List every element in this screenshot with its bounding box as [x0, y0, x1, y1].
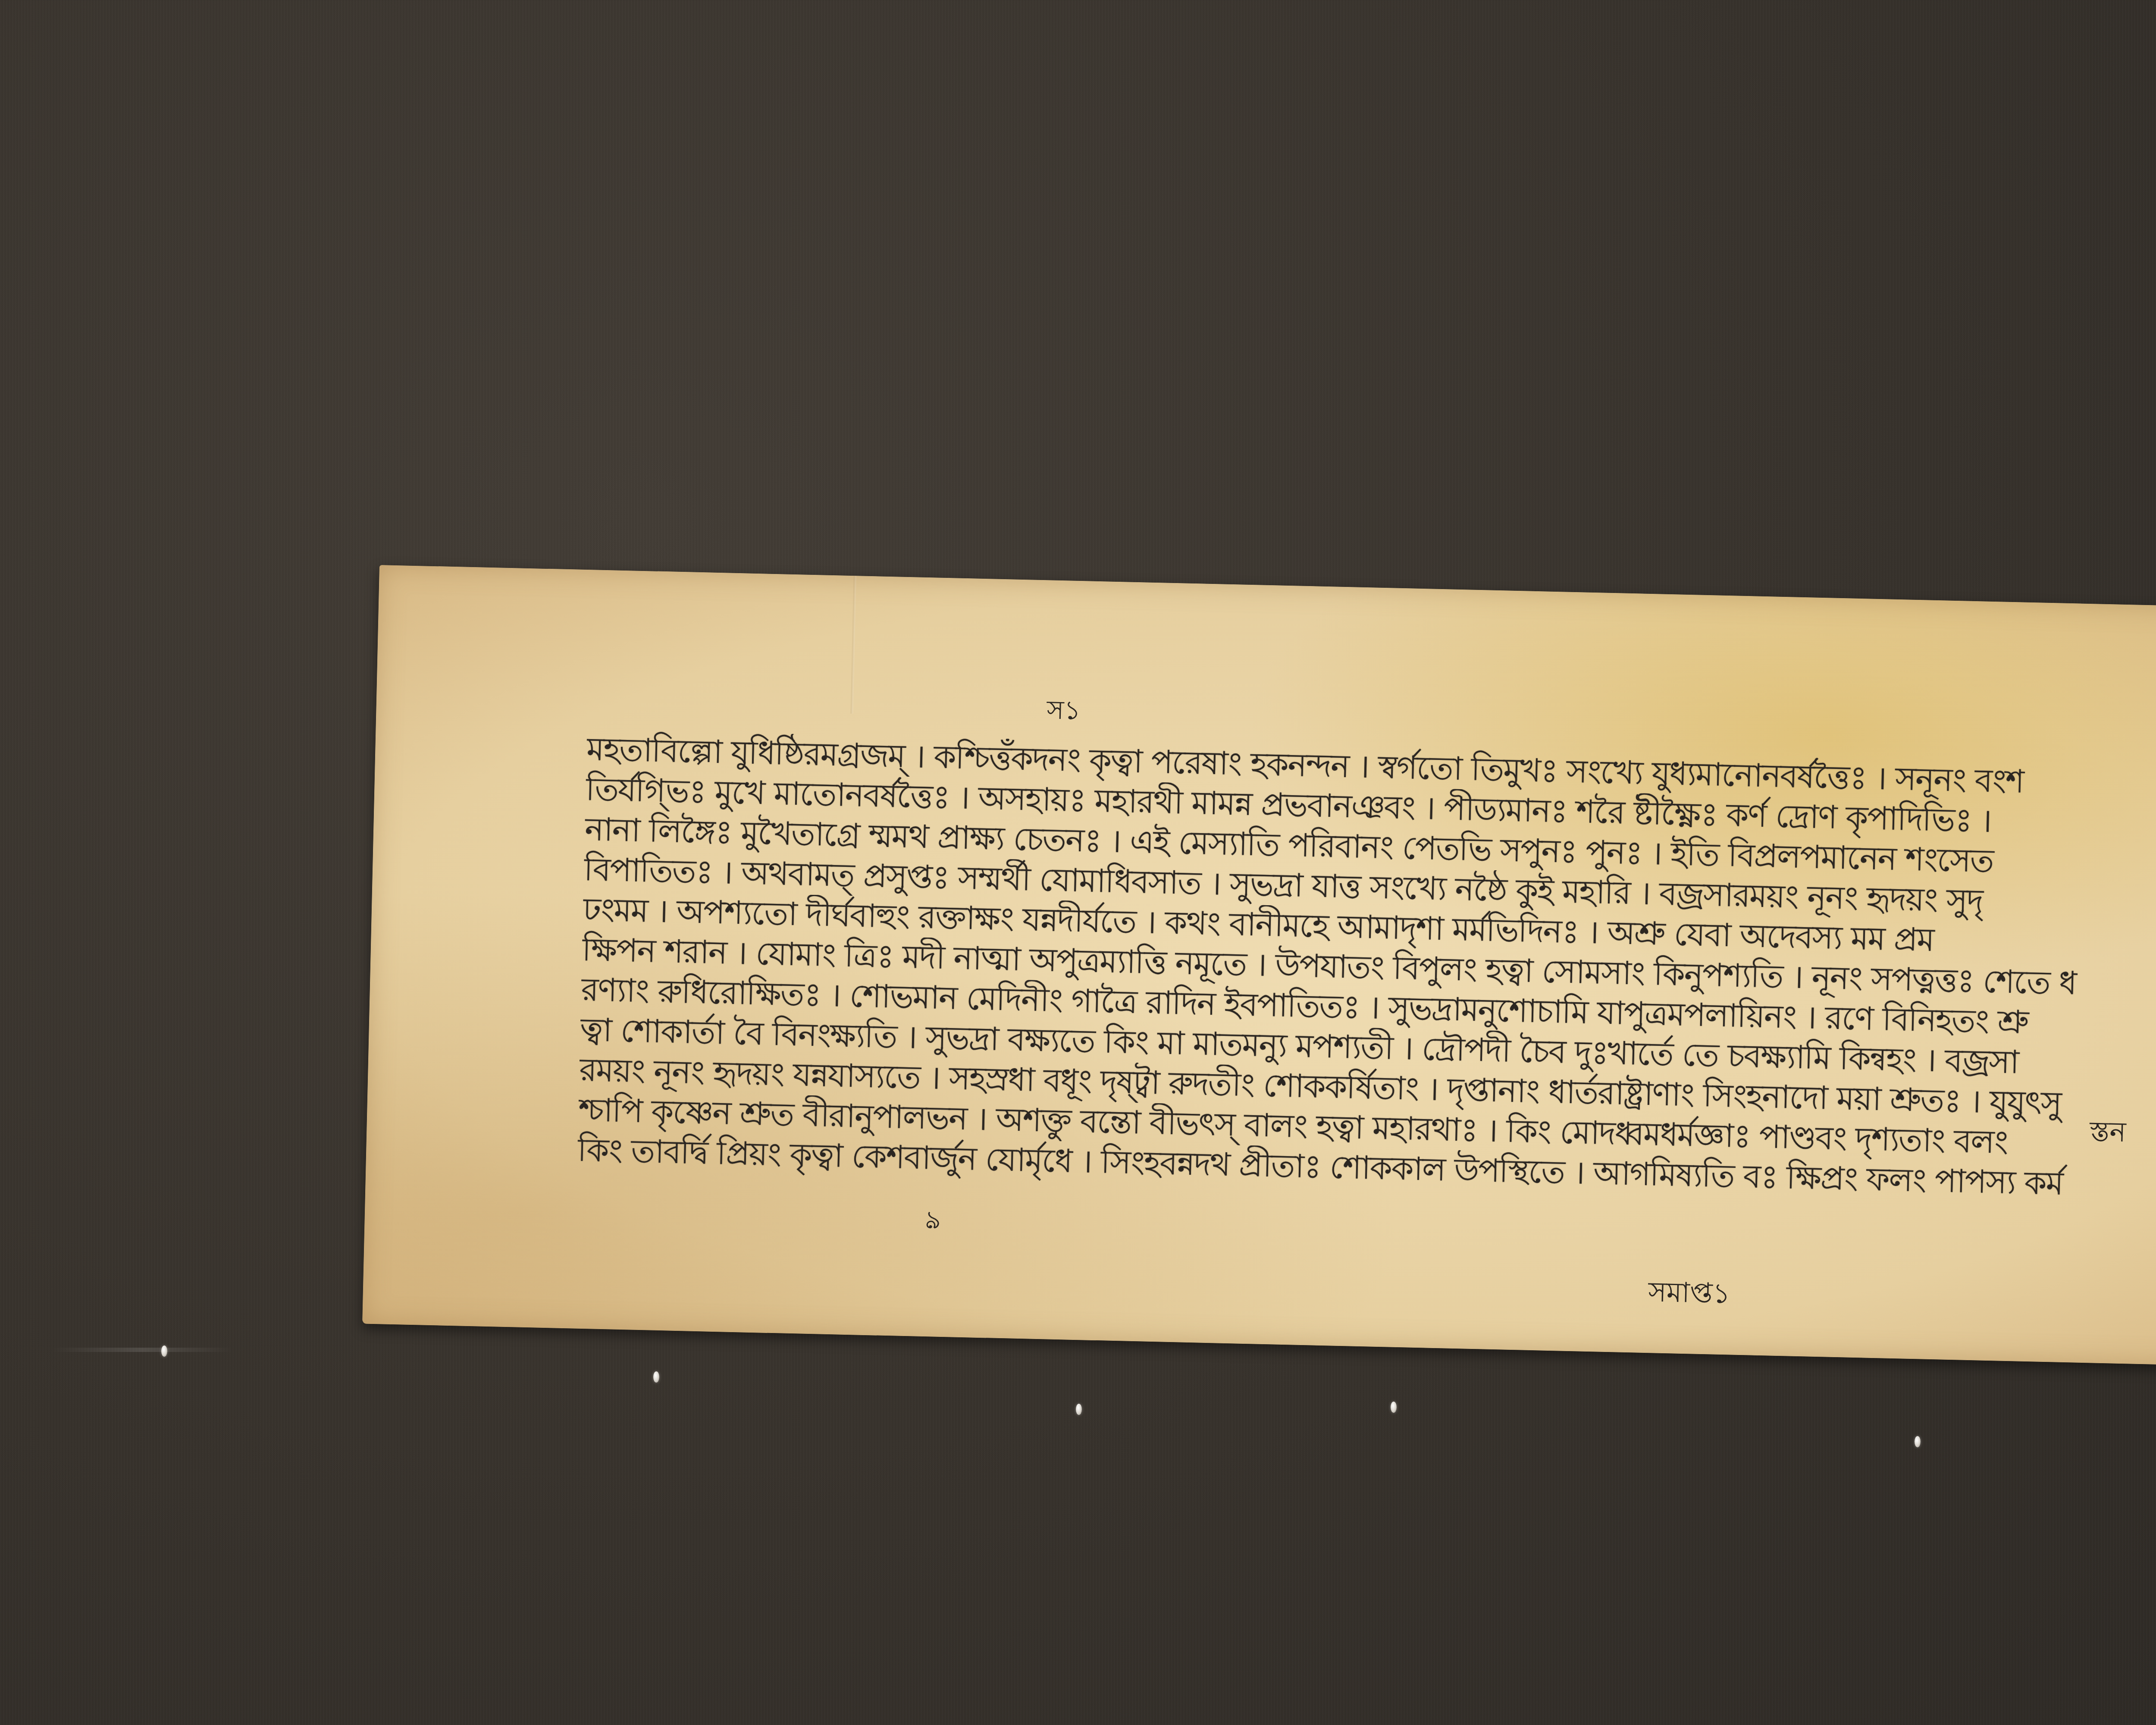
right-margin-note: স্তন	[2089, 1110, 2127, 1157]
pin-icon	[1915, 1436, 1921, 1447]
paper-crease	[850, 576, 856, 714]
pin-icon	[161, 1345, 167, 1357]
light-streak	[52, 1348, 233, 1352]
bottom-left-mark: ঌ	[925, 1201, 941, 1243]
top-insertion-mark: স১	[1047, 690, 1081, 734]
pin-icon	[1076, 1404, 1082, 1415]
pin-icon	[653, 1371, 659, 1383]
bottom-signature: সমাপ্ত১	[1648, 1271, 1731, 1319]
manuscript-leaf: স১ মহতাবিল্পো যুধিষ্ঠিরমগ্রজম্ । কশ্চিত্…	[362, 565, 2156, 1367]
manuscript-text-block: মহতাবিল্পো যুধিষ্ঠিরমগ্রজম্ । কশ্চিত্তঁক…	[577, 729, 2156, 1207]
pin-icon	[1391, 1402, 1397, 1413]
